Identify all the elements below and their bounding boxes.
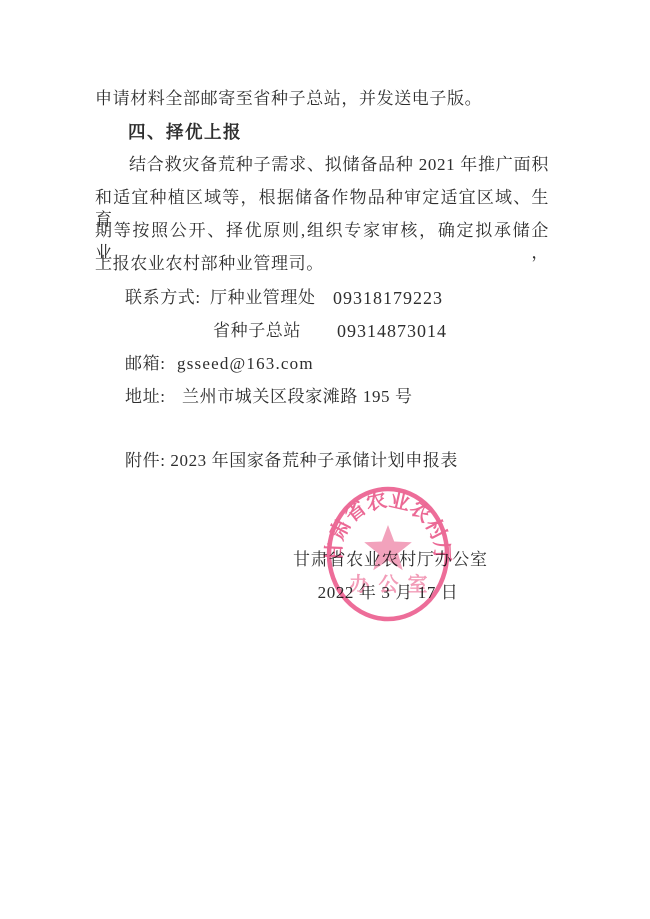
contact-dept-2: 省种子总站 bbox=[213, 320, 301, 342]
email-label: 邮箱: bbox=[125, 353, 166, 375]
address-label: 地址: bbox=[125, 386, 166, 408]
paragraph-line-1: 结合救灾备荒种子需求、拟储备品种 2021 年推广面积 bbox=[129, 154, 549, 176]
email-value: gsseed@163.com bbox=[177, 353, 314, 375]
address-value: 兰州市城关区段家滩路 195 号 bbox=[182, 386, 413, 408]
contact-label: 联系方式: bbox=[125, 287, 201, 309]
paragraph-line-4: 上报农业农村部种业管理司。 bbox=[95, 253, 324, 275]
signature-org: 甘肃省农业农村厅办公室 bbox=[293, 549, 488, 571]
contact-line-1: 联系方式: 厅种业管理处 09318179223 bbox=[0, 287, 650, 311]
contact-phone-1: 09318179223 bbox=[333, 287, 443, 309]
contact-dept-1: 厅种业管理处 bbox=[210, 287, 316, 309]
intro-line: 申请材料全部邮寄至省种子总站，并发送电子版。 bbox=[95, 88, 482, 110]
document-page: 申请材料全部邮寄至省种子总站，并发送电子版。 四、择优上报 结合救灾备荒种子需求… bbox=[0, 0, 650, 919]
signature-date: 2022 年 3 月 17 日 bbox=[0, 582, 650, 604]
section-heading: 四、择优上报 bbox=[128, 121, 242, 143]
attachment-line: 附件: 2023 年国家备荒种子承储计划申报表 bbox=[125, 450, 458, 472]
contact-line-2: 省种子总站 09314873014 bbox=[0, 320, 650, 344]
address-line: 地址: 兰州市城关区段家滩路 195 号 bbox=[0, 386, 650, 410]
email-line: 邮箱: gsseed@163.com bbox=[0, 353, 650, 377]
contact-phone-2: 09314873014 bbox=[337, 320, 447, 342]
